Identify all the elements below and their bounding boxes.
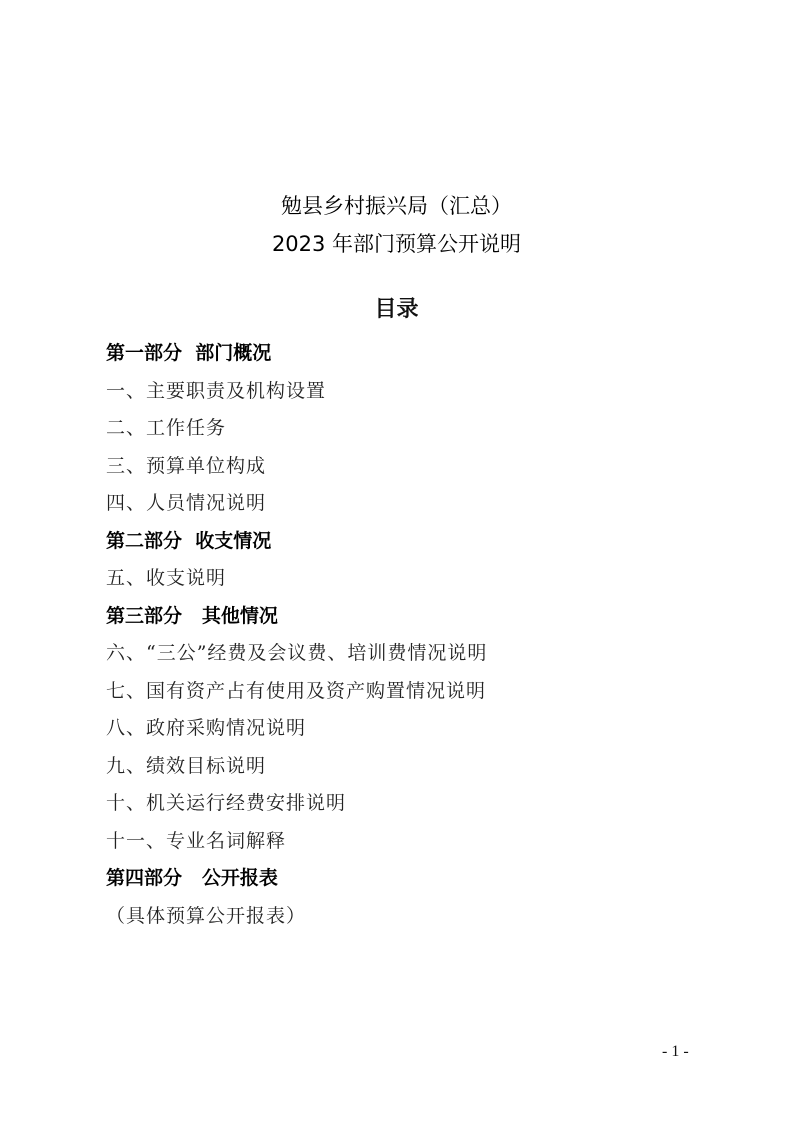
- toc-item-4: 四、人员情况说明: [106, 488, 487, 526]
- toc-item-10: 十、机关运行经费安排说明: [106, 788, 487, 826]
- toc-item-8: 八、政府采购情况说明: [106, 713, 487, 751]
- toc-part-3: 第三部分 其他情况: [106, 601, 487, 639]
- toc-item-7: 七、国有资产占有使用及资产购置情况说明: [106, 676, 487, 714]
- toc-item-1: 一、主要职责及机构设置: [106, 376, 487, 414]
- toc-subitem-reports: （具体预算公开报表）: [106, 901, 487, 939]
- toc-part-4: 第四部分 公开报表: [106, 863, 487, 901]
- page-number: - 1 -: [662, 1043, 689, 1061]
- document-title-line2: 2023 年部门预算公开说明: [0, 228, 793, 258]
- document-title-line1: 勉县乡村振兴局（汇总）: [0, 190, 793, 220]
- toc-item-6: 六、“三公”经费及会议费、培训费情况说明: [106, 638, 487, 676]
- toc-item-2: 二、工作任务: [106, 413, 487, 451]
- table-of-contents: 第一部分 部门概况 一、主要职责及机构设置 二、工作任务 三、预算单位构成 四、…: [106, 338, 487, 938]
- toc-part-2: 第二部分 收支情况: [106, 526, 487, 564]
- toc-item-9: 九、绩效目标说明: [106, 751, 487, 789]
- toc-item-11: 十一、专业名词解释: [106, 826, 487, 864]
- toc-item-5: 五、收支说明: [106, 563, 487, 601]
- toc-heading: 目录: [0, 292, 793, 323]
- toc-part-1: 第一部分 部门概况: [106, 338, 487, 376]
- toc-item-3: 三、预算单位构成: [106, 451, 487, 489]
